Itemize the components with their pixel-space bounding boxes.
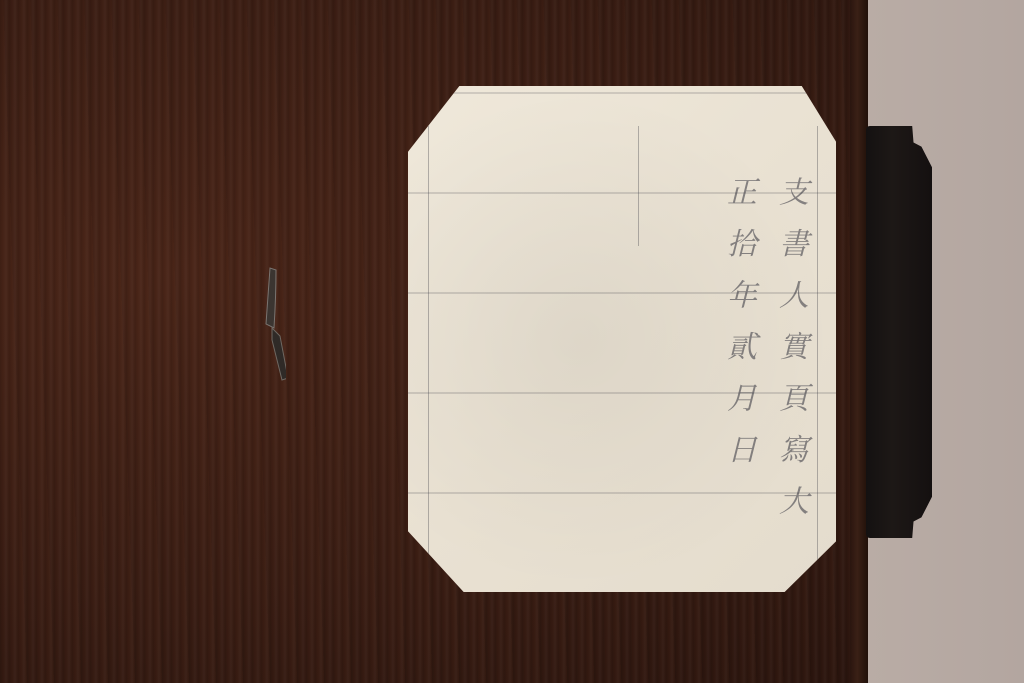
iron-hinge: [866, 126, 932, 538]
paper-label: 支 書 人 實 頁 寫 大 正 拾 年 貳 月 日: [408, 86, 836, 592]
handwritten-text: 支 書 人 實 頁 寫 大 正 拾 年 貳 月 日: [448, 176, 816, 572]
ruled-line: [817, 126, 818, 572]
ruled-line: [428, 126, 429, 572]
cabinet-edge: [850, 0, 868, 683]
nail-icon: [264, 266, 286, 382]
